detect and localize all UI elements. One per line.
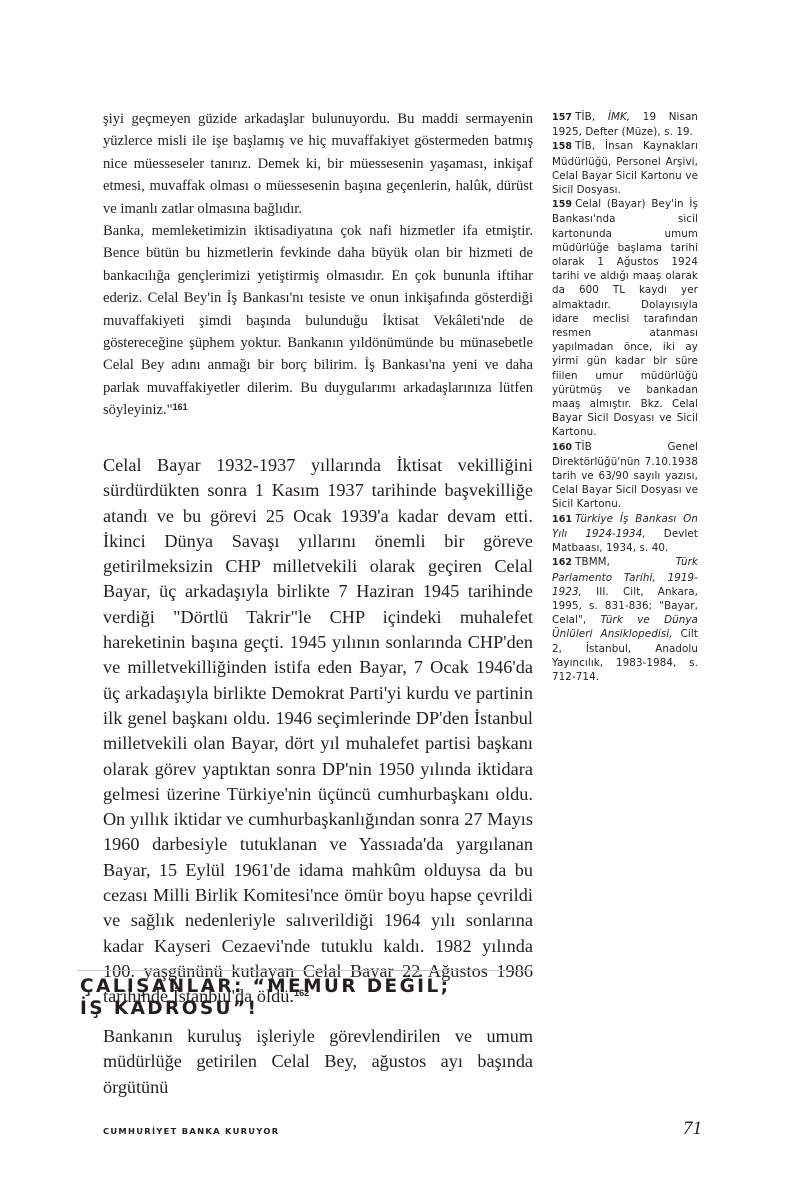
body-paragraph-text: Celal Bayar 1932-1937 yıllarında İktisat… xyxy=(103,455,533,1006)
footnote-162: 162TBMM, Türk Parlamento Tarihi, 1919-19… xyxy=(552,555,698,684)
section-heading-line-1: ÇALIŞANLAR: “MEMUR DEĞİL; xyxy=(80,976,540,998)
footnote-158: 158TİB, İnsan Kaynakları Müdürlüğü, Pers… xyxy=(552,139,698,197)
section-body: Bankanın kuruluş işleriyle görevlendiril… xyxy=(103,1024,533,1100)
footnote-159: 159Celal (Bayar) Bey'in İş Bankası'nda s… xyxy=(552,197,698,439)
footnote-text: TBMM, xyxy=(575,556,675,568)
footnote-number: 162 xyxy=(552,557,572,568)
footnote-160: 160TİB Genel Direktörlüğü'nün 7.10.1938 … xyxy=(552,440,698,512)
running-footer-title: CUMHURİYET BANKA KURUYOR xyxy=(103,1126,279,1136)
quote-paragraph-2-text: Banka, memleketimizin iktisadiyatına çok… xyxy=(103,223,533,418)
footnote-number: 161 xyxy=(552,514,572,525)
quote-block: şiyi geçmeyen güzide arkadaşlar bulunuyo… xyxy=(103,108,533,422)
footnote-number: 157 xyxy=(552,112,572,123)
body-text: Celal Bayar 1932-1937 yıllarında İktisat… xyxy=(103,453,533,1010)
sidebar-footnotes: 157TİB, İMK, 19 Nisan 1925, Defter (Müze… xyxy=(552,110,698,684)
quote-paragraph-1: şiyi geçmeyen güzide arkadaşlar bulunuyo… xyxy=(103,108,533,220)
footnote-161: 161Türkiye İş Bankası On Yılı 1924-1934,… xyxy=(552,512,698,556)
footnote-text: TİB Genel Direktörlüğü'nün 7.10.1938 tar… xyxy=(552,441,698,511)
footnote-text: TİB, xyxy=(575,111,608,123)
footnote-number: 160 xyxy=(552,442,572,453)
footnote-157: 157TİB, İMK, 19 Nisan 1925, Defter (Müze… xyxy=(552,110,698,139)
footnote-number: 158 xyxy=(552,141,572,152)
footnote-number: 159 xyxy=(552,199,572,210)
section-heading-line-2: İŞ KADROSU”! xyxy=(80,998,540,1020)
footnote-text: Celal (Bayar) Bey'in İş Bankası'nda sici… xyxy=(552,198,698,438)
section-paragraph: Bankanın kuruluş işleriyle görevlendiril… xyxy=(103,1024,533,1100)
body-paragraph: Celal Bayar 1932-1937 yıllarında İktisat… xyxy=(103,453,533,1010)
quote-paragraph-2: Banka, memleketimizin iktisadiyatına çok… xyxy=(103,220,533,422)
section-divider xyxy=(77,970,532,971)
footnote-ref-161[interactable]: 161 xyxy=(173,402,188,412)
page-number: 71 xyxy=(683,1118,702,1140)
footnote-text: TİB, İnsan Kaynakları Müdürlüğü, Persone… xyxy=(552,140,698,196)
section-heading: ÇALIŞANLAR: “MEMUR DEĞİL; İŞ KADROSU”! xyxy=(80,976,540,1020)
footnote-italic: İMK, xyxy=(608,111,630,123)
